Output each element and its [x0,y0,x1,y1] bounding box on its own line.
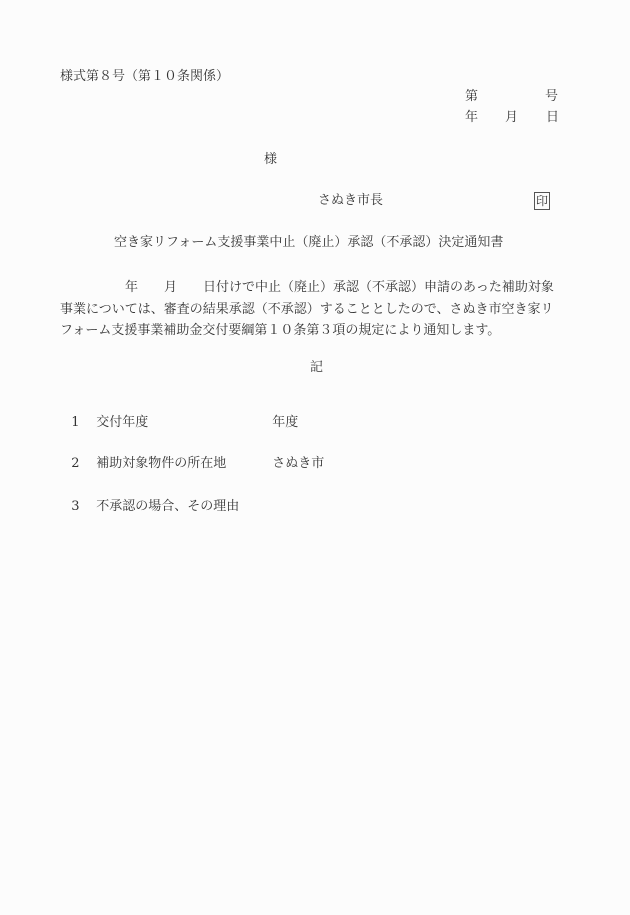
reference-number-suffix: 号 [545,90,558,103]
form-number: 様式第８号（第１０条関係） [60,70,229,83]
body-paragraph: 年 月 日付けで中止（廃止）承認（不承認）申請のあった補助対象 事業については、… [60,277,590,342]
seal-stamp-box: 印 [534,192,550,210]
item-value: さぬき市 [272,456,324,471]
date-month-label: 月 [505,111,518,124]
item-label: 補助対象物件の所在地 [96,457,272,470]
ki-heading: 記 [310,361,323,374]
reference-number-prefix: 第 [465,90,478,103]
item-number: 1 [71,416,96,429]
issuer-name: さぬき市長 [318,194,383,207]
item-label: 不承認の場合、その理由 [96,500,272,513]
item-value: 年度 [272,415,298,430]
body-line: フォーム支援事業補助金交付要綱第１０条第３項の規定により通知します。 [60,320,590,342]
addressee-honorific: 様 [264,153,277,166]
list-item: 2補助対象物件の所在地さぬき市 [63,444,324,470]
item-number: 3 [71,500,96,513]
list-item: 1交付年度年度 [63,403,298,429]
item-label: 交付年度 [96,416,272,429]
body-line: 年 月 日付けで中止（廃止）承認（不承認）申請のあった補助対象 [60,277,590,299]
body-line: 事業については、審査の結果承認（不承認）することとしたので、さぬき市空き家リ [60,299,590,321]
date-day-label: 日 [546,111,559,124]
list-item: 3不承認の場合、その理由 [63,487,272,513]
date-year-label: 年 [465,111,478,124]
document-title: 空き家リフォーム支援事業中止（廃止）承認（不承認）決定通知書 [114,236,503,249]
item-number: 2 [71,457,96,470]
